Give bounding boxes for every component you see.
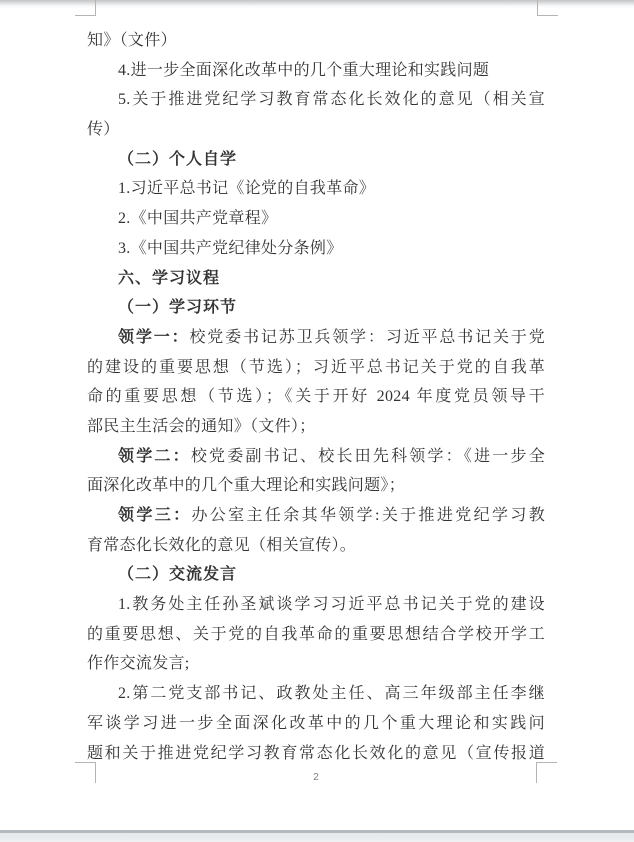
text-line: 的建设的重要思想（节选）；习近平总书记关于党的自我革 (87, 353, 545, 383)
text-line: 2.《中国共产党章程》 (87, 204, 545, 234)
bold-lead-label: 领学二： (118, 448, 191, 465)
text-line: 领学三：办公室主任余其华领学:关于推进党纪学习教 (87, 501, 545, 531)
text-line: 4.进一步全面深化改革中的几个重大理论和实践问题 (87, 56, 545, 86)
text-boundary-mark-top-right (537, 0, 558, 16)
document-body: 知》（文件）4.进一步全面深化改革中的几个重大理论和实践问题5.关于推进党纪学习… (87, 26, 545, 768)
text-line: 育常态化长效化的意见（相关宣传）。 (87, 531, 545, 561)
text-line: 面深化改革中的几个重大理论和实践问题》； (87, 471, 545, 501)
text-line: 3.《中国共产党纪律处分条例》 (87, 234, 545, 264)
heading-line: （二）交流发言 (87, 560, 545, 590)
text-line: 1.教务处主任孙圣斌谈学习习近平总书记关于党的建设 (87, 590, 545, 620)
text-line: 领学二：校党委副书记、校长田先科领学：《进一步全 (87, 442, 545, 472)
text-line: 军谈学习进一步全面深化改革中的几个重大理论和实践问 (87, 709, 545, 739)
text-line: 2.第二党支部书记、政教处主任、高三年级部主任李继 (87, 679, 545, 709)
page-gap-band (0, 833, 634, 842)
text-line: 1.习近平总书记《论党的自我革命》 (87, 174, 545, 204)
text-line: 传） (87, 115, 545, 145)
text-line: 题和关于推进党纪学习教育常态化长效化的意见（宣传报道 (87, 739, 545, 769)
text-line: 命的重要思想（节选）；《关于开好 2024 年度党员领导干 (87, 382, 545, 412)
bold-lead-label: 领学一： (118, 329, 189, 346)
text-line: 作作交流发言; (87, 649, 545, 679)
heading-line: （二）个人自学 (87, 145, 545, 175)
text-boundary-mark-top-left (75, 0, 96, 16)
heading-line: （一）学习环节 (87, 293, 545, 323)
page-number: 2 (87, 771, 545, 785)
text-line: 知》（文件） (87, 26, 545, 56)
heading-line: 六、学习议程 (87, 264, 545, 294)
text-line: 的重要思想、关于党的自我革命的重要思想结合学校开学工 (87, 620, 545, 650)
text-line: 领学一：校党委书记苏卫兵领学：习近平总书记关于党 (87, 323, 545, 353)
text-line: 5.关于推进党纪学习教育常态化长效化的意见（相关宣 (87, 85, 545, 115)
bold-lead-label: 领学三： (118, 507, 191, 524)
text-line: 部民主生活会的通知》（文件）； (87, 412, 545, 442)
